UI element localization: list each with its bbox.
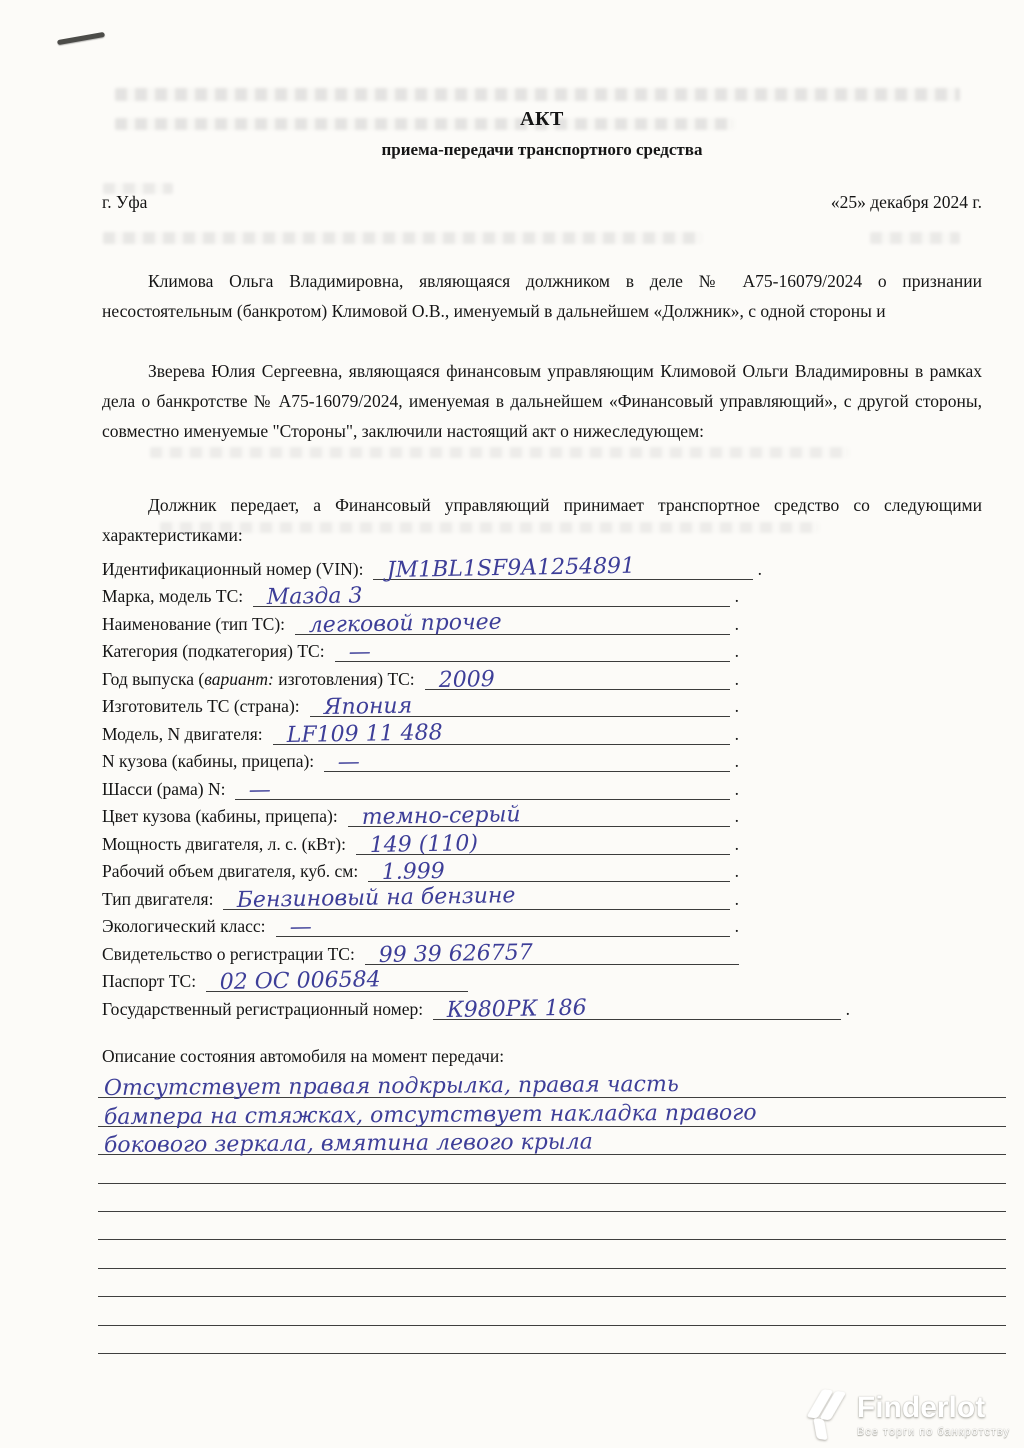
field-row-category: Категория (подкатегория) ТС: — . xyxy=(102,635,739,663)
watermark-tagline: Все торги по банкротству xyxy=(857,1427,1010,1438)
line-end-dot: . xyxy=(730,834,739,855)
field-label: Рабочий объем двигателя, куб. см: xyxy=(102,861,368,882)
field-row-passport: Паспорт ТС: 02 ОС 006584 xyxy=(102,965,468,993)
field-label: Модель, N двигателя: xyxy=(102,724,273,745)
field-underline: 99 39 626757 xyxy=(365,936,739,965)
field-label: Паспорт ТС: xyxy=(102,971,206,992)
field-label: Марка, модель ТС: xyxy=(102,586,253,607)
field-row-year: Год выпуска (вариант: изготовления) ТС: … xyxy=(102,662,739,690)
ruled-line xyxy=(98,1155,1006,1183)
field-label: N кузова (кабины, прицепа): xyxy=(102,751,324,772)
field-label: Изготовитель ТС (страна): xyxy=(102,696,310,717)
ruled-line xyxy=(98,1297,1006,1325)
field-label: Мощность двигателя, л. с. (кВт): xyxy=(102,834,356,855)
field-underline: — xyxy=(335,634,730,663)
document-place: г. Уфа xyxy=(102,192,147,213)
field-row-make-model: Марка, модель ТС: Мазда 3 . xyxy=(102,580,739,608)
line-end-dot: . xyxy=(730,696,739,717)
line-end-dot: . xyxy=(730,806,739,827)
line-end-dot: . xyxy=(730,641,739,662)
document-subtitle: приема-передачи транспортного средства xyxy=(102,140,982,160)
field-label: Шасси (рама) N: xyxy=(102,779,235,800)
field-label: Свидетельство о регистрации ТС: xyxy=(102,944,365,965)
field-label: Цвет кузова (кабины, прицепа): xyxy=(102,806,348,827)
line-end-dot: . xyxy=(730,586,739,607)
field-underline: JM1BL1SF9A1254891 xyxy=(373,551,752,580)
field-label: Категория (подкатегория) ТС: xyxy=(102,641,335,662)
document-title: АКТ xyxy=(102,108,982,131)
field-row-eco-class: Экологический класс: — . xyxy=(102,910,739,938)
field-underline: Мазда 3 xyxy=(253,579,729,608)
condition-section-label: Описание состояния автомобиля на момент … xyxy=(102,1046,504,1067)
field-label: Государственный регистрационный номер: xyxy=(102,999,433,1020)
vehicle-fields: Идентификационный номер (VIN): JM1BL1SF9… xyxy=(102,552,850,1020)
field-label: Экологический класс: xyxy=(102,916,276,937)
field-label: Наименование (тип ТС): xyxy=(102,614,295,635)
handwritten-value: — xyxy=(348,640,370,665)
ruled-line xyxy=(98,1326,1006,1354)
field-underline: 02 ОС 006584 xyxy=(206,964,468,993)
ruled-line xyxy=(98,1212,1006,1240)
field-underline: — xyxy=(276,909,730,938)
field-underline: 1.999 xyxy=(368,854,729,883)
field-underline: Япония xyxy=(310,689,730,718)
field-underline: — xyxy=(235,771,729,800)
ruled-line: бокового зеркала, вмятина левого крыла xyxy=(98,1127,1006,1155)
field-row-type: Наименование (тип ТС): легковой прочее . xyxy=(102,607,739,635)
handwritten-value: — xyxy=(249,777,271,802)
ruled-line xyxy=(98,1184,1006,1212)
line-end-dot: . xyxy=(730,669,739,690)
field-underline: Бензиновый на бензине xyxy=(223,881,729,910)
scanned-document-page: АКТ приема-передачи транспортного средст… xyxy=(0,0,1024,1448)
field-row-chassis: Шасси (рама) N: — . xyxy=(102,772,739,800)
pen-mark-artifact xyxy=(57,32,105,45)
condition-lines: Отсутствует правая подкрылка, правая час… xyxy=(98,1070,1006,1354)
paragraph-transfer: Должник передает, а Финансовый управляющ… xyxy=(102,490,982,550)
handwritten-line: бампера на стяжках, отсутствует накладка… xyxy=(104,1100,757,1130)
field-underline: легковой прочее xyxy=(295,606,730,635)
field-underline: К980РК 186 xyxy=(433,991,841,1020)
field-row-color: Цвет кузова (кабины, прицепа): темно-сер… xyxy=(102,800,739,828)
line-end-dot: . xyxy=(730,861,739,882)
paragraph-debtor: Климова Ольга Владимировна, являющаяся д… xyxy=(102,266,982,326)
field-row-engine-model: Модель, N двигателя: LF109 11 488 . xyxy=(102,717,739,745)
field-underline: — xyxy=(324,744,729,773)
field-underline: 2009 xyxy=(425,661,730,690)
ruled-line xyxy=(98,1240,1006,1268)
finderlot-watermark: Finderlot Все торги по банкротству xyxy=(809,1388,1010,1442)
field-underline: 149 (110) xyxy=(356,826,730,855)
place-date-row: г. Уфа «25» декабря 2024 г. xyxy=(102,192,982,213)
handwritten-line: бокового зеркала, вмятина левого крыла xyxy=(104,1130,593,1158)
line-end-dot: . xyxy=(730,751,739,772)
handwritten-value: 02 ОС 006584 xyxy=(220,967,381,995)
handwritten-value: К980РК 186 xyxy=(447,995,587,1022)
document-content: АКТ приема-передачи транспортного средст… xyxy=(102,0,982,1448)
line-end-dot: . xyxy=(730,614,739,635)
line-end-dot: . xyxy=(730,724,739,745)
ruled-line: Отсутствует правая подкрылка, правая час… xyxy=(98,1070,1006,1098)
ruled-line xyxy=(98,1269,1006,1297)
field-row-manufacturer: Изготовитель ТС (страна): Япония . xyxy=(102,690,739,718)
field-row-vin: Идентификационный номер (VIN): JM1BL1SF9… xyxy=(102,552,762,580)
field-row-engine-type: Тип двигателя: Бензиновый на бензине . xyxy=(102,882,739,910)
field-row-plate-number: Государственный регистрационный номер: К… xyxy=(102,992,850,1020)
document-date: «25» декабря 2024 г. xyxy=(831,192,982,213)
field-underline: темно-серый xyxy=(348,799,730,828)
line-end-dot: . xyxy=(730,779,739,800)
line-end-dot: . xyxy=(730,916,739,937)
field-label: Идентификационный номер (VIN): xyxy=(102,559,373,580)
line-end-dot: . xyxy=(753,559,762,580)
field-row-registration-cert: Свидетельство о регистрации ТС: 99 39 62… xyxy=(102,937,739,965)
field-label: Тип двигателя: xyxy=(102,889,223,910)
paragraph-manager: Зверева Юлия Сергеевна, являющаяся финан… xyxy=(102,356,982,446)
ruled-line: бампера на стяжках, отсутствует накладка… xyxy=(98,1098,1006,1126)
handwritten-value: — xyxy=(289,915,311,940)
watermark-brand: Finderlot xyxy=(857,1393,1010,1423)
line-end-dot: . xyxy=(730,889,739,910)
field-underline: LF109 11 488 xyxy=(273,716,730,745)
finderlot-logo-icon xyxy=(805,1386,850,1445)
field-row-displacement: Рабочий объем двигателя, куб. см: 1.999 … xyxy=(102,855,739,883)
line-end-dot: . xyxy=(841,999,850,1020)
field-row-body-number: N кузова (кабины, прицепа): — . xyxy=(102,745,739,773)
field-row-power: Мощность двигателя, л. с. (кВт): 149 (11… xyxy=(102,827,739,855)
handwritten-line: Отсутствует правая подкрылка, правая час… xyxy=(104,1072,679,1101)
field-label: Год выпуска (вариант: изготовления) ТС: xyxy=(102,669,425,690)
